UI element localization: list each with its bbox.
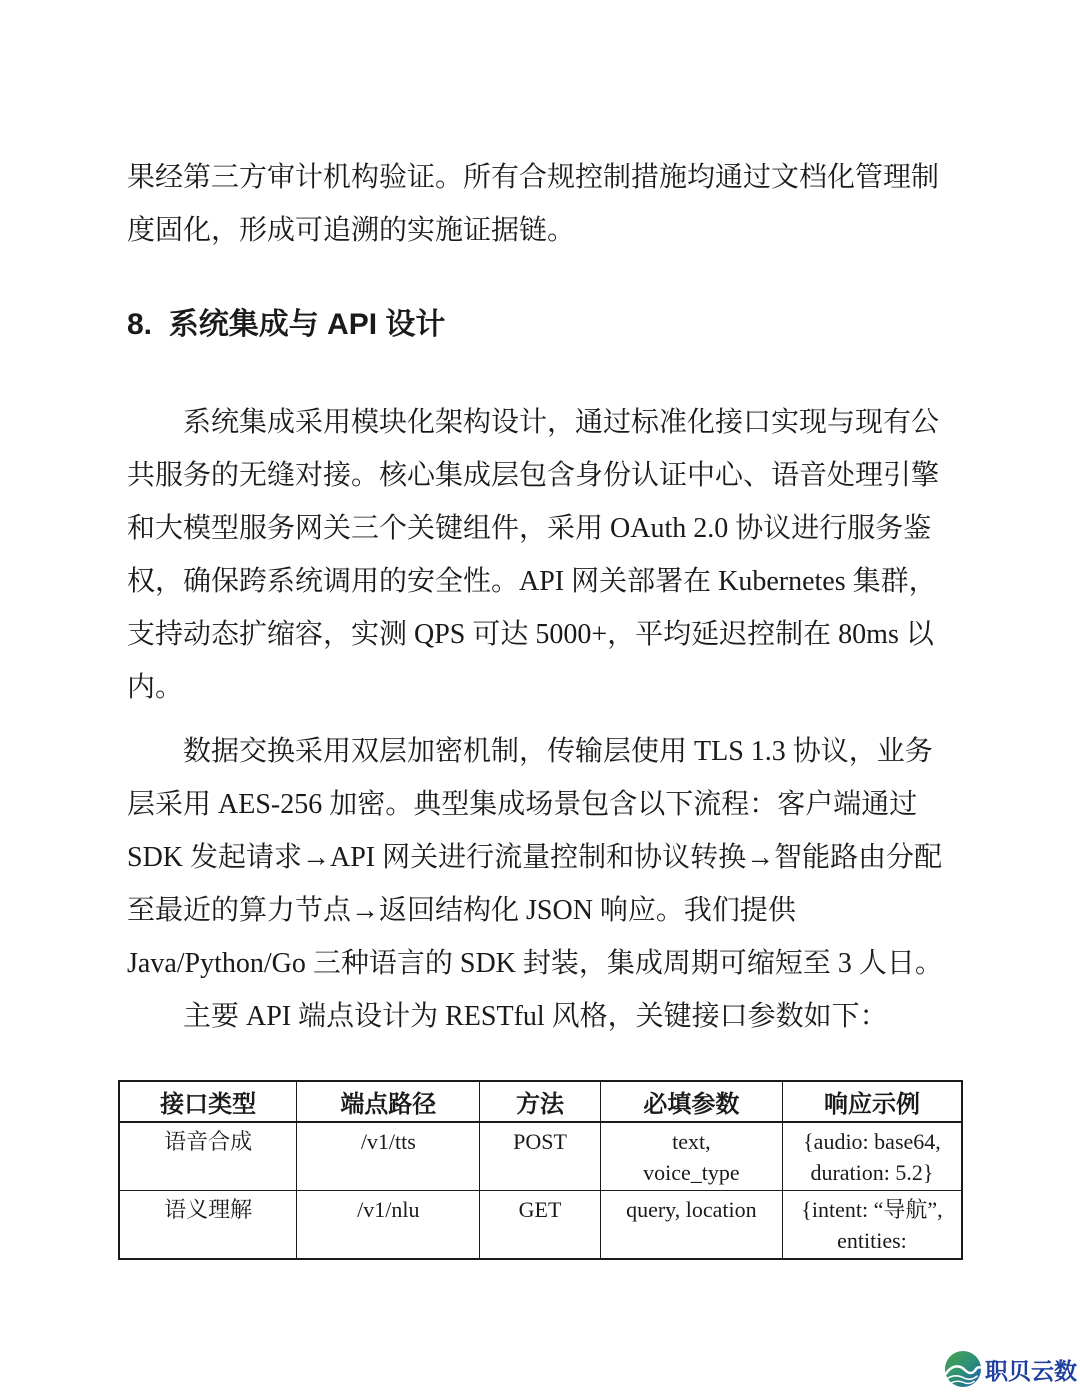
table-header-cell: 接口类型 <box>119 1081 297 1122</box>
paragraph-line: 共服务的无缝对接。核心集成层包含身份认证中心、语音处理引擎 <box>127 449 953 502</box>
section-heading: 8. 系统集成与 API 设计 <box>127 305 953 345</box>
table-header-cell: 必填参数 <box>600 1081 782 1122</box>
paragraph-encryption: 数据交换采用双层加密机制，传输层使用 TLS 1.3 协议，业务层采用 AES-… <box>127 725 953 990</box>
footer-logo: 职贝云数 <box>944 1350 1077 1388</box>
table-cell-method: GET <box>480 1191 601 1260</box>
table-cell-endpoint-path: /v1/tts <box>297 1122 480 1191</box>
paragraph-integration: 系统集成采用模块化架构设计，通过标准化接口实现与现有公共服务的无缝对接。核心集成… <box>127 396 953 714</box>
paragraph-line: 层采用 AES-256 加密。典型集成场景包含以下流程：客户端通过 <box>127 778 953 831</box>
paragraph-line: 度固化，形成可追溯的实施证据链。 <box>127 204 953 257</box>
table-cell-interface-type: 语音合成 <box>119 1122 297 1191</box>
table-row: 语音合成 /v1/tts POST text, voice_type {audi… <box>119 1122 962 1191</box>
table-header-cell: 端点路径 <box>297 1081 480 1122</box>
paragraph-api-intro: 主要 API 端点设计为 RESTful 风格，关键接口参数如下： <box>127 990 953 1043</box>
paragraph-line: 权，确保跨系统调用的安全性。API 网关部署在 Kubernetes 集群， <box>127 555 953 608</box>
table-cell-required-params: text, voice_type <box>600 1122 782 1191</box>
paragraph-line: 和大模型服务网关三个关键组件，采用 OAuth 2.0 协议进行服务鉴 <box>127 502 953 555</box>
table-cell-required-params: query, location <box>600 1191 782 1260</box>
paragraph-line: 至最近的算力节点→返回结构化 JSON 响应。我们提供 <box>127 884 953 937</box>
table-cell-response-example: {intent: “导航”, entities: <box>782 1191 962 1260</box>
logo-text: 职贝云数 <box>985 1353 1077 1386</box>
paragraph-line: 果经第三方审计机构验证。所有合规控制措施均通过文档化管理制 <box>127 151 953 204</box>
table-header-row: 接口类型端点路径方法必填参数响应示例 <box>119 1081 962 1122</box>
table-row: 语义理解 /v1/nlu GET query, location {intent… <box>119 1191 962 1260</box>
table-cell-endpoint-path: /v1/nlu <box>297 1191 480 1260</box>
paragraph-line: 系统集成采用模块化架构设计，通过标准化接口实现与现有公 <box>127 396 953 449</box>
paragraph-line: 内。 <box>127 661 953 714</box>
table-cell-method: POST <box>480 1122 601 1191</box>
table-cell-response-example: {audio: base64, duration: 5.2} <box>782 1122 962 1191</box>
paragraph-line: SDK 发起请求→API 网关进行流量控制和协议转换→智能路由分配 <box>127 831 953 884</box>
table-header-cell: 方法 <box>480 1081 601 1122</box>
paragraph-line: 支持动态扩缩容，实测 QPS 可达 5000+，平均延迟控制在 80ms 以 <box>127 608 953 661</box>
api-endpoints-table: 接口类型端点路径方法必填参数响应示例 语音合成 /v1/tts POST tex… <box>118 1080 963 1260</box>
paragraph-line: 数据交换采用双层加密机制，传输层使用 TLS 1.3 协议，业务 <box>127 725 953 778</box>
logo-globe-wave-icon <box>944 1350 982 1388</box>
table-header-cell: 响应示例 <box>782 1081 962 1122</box>
table-cell-interface-type: 语义理解 <box>119 1191 297 1260</box>
page-content: 果经第三方审计机构验证。所有合规控制措施均通过文档化管理制度固化，形成可追溯的实… <box>0 0 1080 1260</box>
paragraph-line: 主要 API 端点设计为 RESTful 风格，关键接口参数如下： <box>127 990 953 1043</box>
document-page: 果经第三方审计机构验证。所有合规控制措施均通过文档化管理制度固化，形成可追溯的实… <box>0 0 1080 1397</box>
paragraph-line: Java/Python/Go 三种语言的 SDK 封装，集成周期可缩短至 3 人… <box>127 937 953 990</box>
paragraph-compliance: 果经第三方审计机构验证。所有合规控制措施均通过文档化管理制度固化，形成可追溯的实… <box>127 151 953 257</box>
